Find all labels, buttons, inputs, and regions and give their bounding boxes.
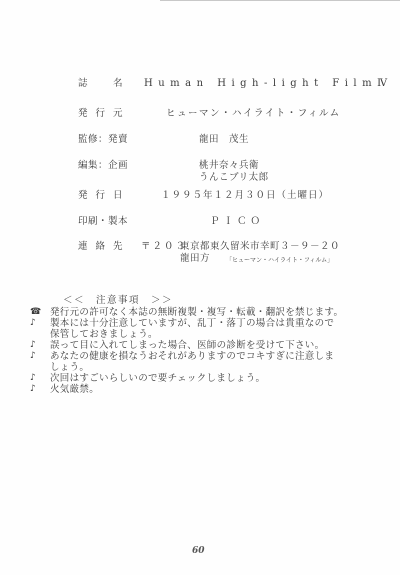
notes-heading: ＜＜ 注意事項 ＞＞: [63, 292, 173, 306]
printing-label: 印刷・製本: [78, 216, 128, 228]
publisher-label: 発行元: [78, 108, 131, 120]
editing-value-1: 桃井奈々兵衛: [199, 160, 259, 172]
supervisor-label: 監修：発賣: [78, 134, 128, 146]
contact-care-of: 龍田方: [180, 253, 210, 265]
contact-address: 東京都東久留米市幸町３－９－２０: [180, 241, 340, 253]
issue-date-label: 発行日: [78, 190, 131, 202]
contact-label: 連絡先: [78, 241, 131, 253]
note-text: 製本には十分注意していますが、乱丁・落丁の場合は貴重なので: [50, 318, 334, 329]
publisher-value: ヒューマン・ハイライト・フィルム: [166, 108, 341, 120]
phone-icon: ☎: [30, 307, 44, 318]
music-note-icon: ♪: [30, 318, 44, 329]
note-text: 次回はすごいらしいので要チェックしましょう。: [50, 373, 265, 384]
supervisor-value: 龍田 茂生: [199, 134, 249, 146]
note-text: 誤って目に入れてしまった場合、医師の診断を受けて下さい。: [50, 340, 324, 351]
scan-edge-line: [160, 0, 400, 1]
music-note-icon: ♪: [30, 384, 44, 395]
music-note-icon: ♪: [30, 340, 44, 351]
title-label: 誌 名: [78, 78, 131, 90]
music-note-icon: ♪: [30, 351, 44, 362]
title-value: Human High-light FilmⅣ: [144, 78, 393, 90]
note-text: 保管しておきましょう。: [50, 329, 158, 340]
editing-label: 編集：企画: [78, 160, 128, 172]
note-text: 火気厳禁。: [50, 384, 99, 395]
printing-value: ＰＩＣＯ: [210, 216, 264, 228]
note-text: しょう。: [50, 362, 89, 373]
music-note-icon: ♪: [30, 373, 44, 384]
note-text: 発行元の許可なく本誌の無断複製・複写・転載・翻訳を禁じます。: [50, 307, 343, 318]
editing-value-2: うんこブリ太郎: [199, 172, 269, 184]
page-number: 60: [192, 546, 205, 556]
issue-date-value: １９９５年１２月３０日（土曜日）: [161, 190, 329, 202]
note-text: あなたの健康を損なうおそれがありますのでコキすぎに注意しま: [50, 351, 334, 362]
colophon-page: 誌 名 Human High-light FilmⅣ 発行元 ヒューマン・ハイラ…: [0, 0, 400, 575]
contact-care-of-name: 「ヒューマン・ハイライト・フィルム」: [226, 255, 333, 267]
